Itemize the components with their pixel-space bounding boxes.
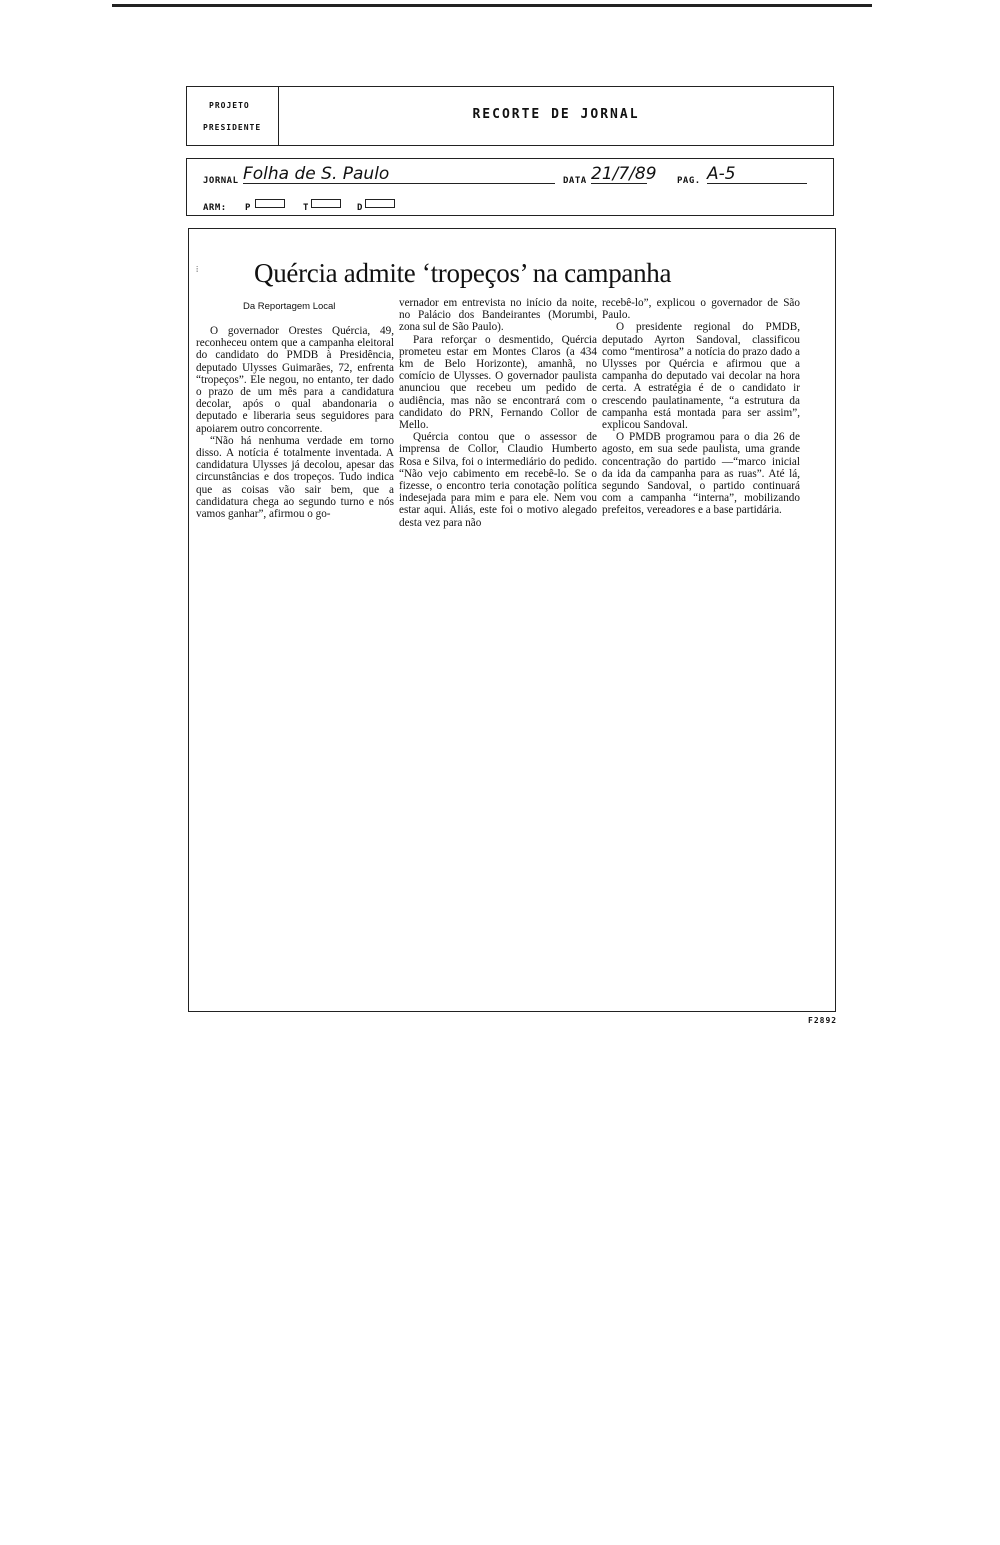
article-byline: Da Reportagem Local — [243, 301, 335, 312]
paragraph: O presidente regional do PMDB, deputado … — [602, 321, 800, 431]
clipping-header: PROJETO PRESIDENTE RECORTE DE JORNAL — [186, 86, 834, 146]
reference-code: F2892 — [808, 1016, 837, 1025]
slot-box-t — [311, 199, 341, 208]
pag-value: A-5 — [707, 165, 807, 184]
article-column-2: vernador em entrevista no início da noit… — [399, 297, 597, 529]
paragraph: recebê-lo”, explicou o governador de São… — [602, 297, 800, 321]
header-title: RECORTE DE JORNAL — [279, 107, 833, 122]
data-value: 21/7/89 — [591, 165, 647, 184]
paragraph: O PMDB programou para o dia 26 de agosto… — [602, 431, 800, 516]
article-column-3: recebê-lo”, explicou o governador de São… — [602, 297, 800, 517]
paragraph: vernador em entrevista no início da noit… — [399, 297, 597, 334]
paragraph: Para reforçar o desmentido, Quércia prom… — [399, 334, 597, 432]
slot-label-p: P — [245, 203, 251, 213]
jornal-value: Folha de S. Paulo — [243, 165, 555, 184]
jornal-label: JORNAL — [203, 176, 239, 186]
pag-label: PAG. — [677, 176, 701, 186]
slot-box-p — [255, 199, 285, 208]
slot-label-d: D — [357, 203, 363, 213]
paragraph: “Não há nenhuma verdade em torno disso. … — [196, 435, 394, 520]
article-headline: Quércia admite ‘tropeços’ na campanha — [254, 258, 671, 289]
project-label-line2: PRESIDENTE — [203, 123, 261, 132]
slot-label-t: T — [303, 203, 309, 213]
paragraph: Quércia contou que o assessor de imprens… — [399, 431, 597, 529]
arm-label: ARM: — [203, 203, 227, 213]
clipping-metadata: JORNAL Folha de S. Paulo DATA 21/7/89 PA… — [186, 158, 834, 216]
article-column-1: O governador Orestes Quércia, 49, reconh… — [196, 325, 394, 520]
project-label-cell: PROJETO PRESIDENTE — [187, 87, 279, 145]
project-label-line1: PROJETO — [209, 101, 250, 110]
scan-top-border — [112, 4, 872, 7]
margin-mark: ⁞ — [196, 266, 226, 274]
slot-box-d — [365, 199, 395, 208]
paragraph: O governador Orestes Quércia, 49, reconh… — [196, 325, 394, 435]
data-label: DATA — [563, 176, 587, 186]
